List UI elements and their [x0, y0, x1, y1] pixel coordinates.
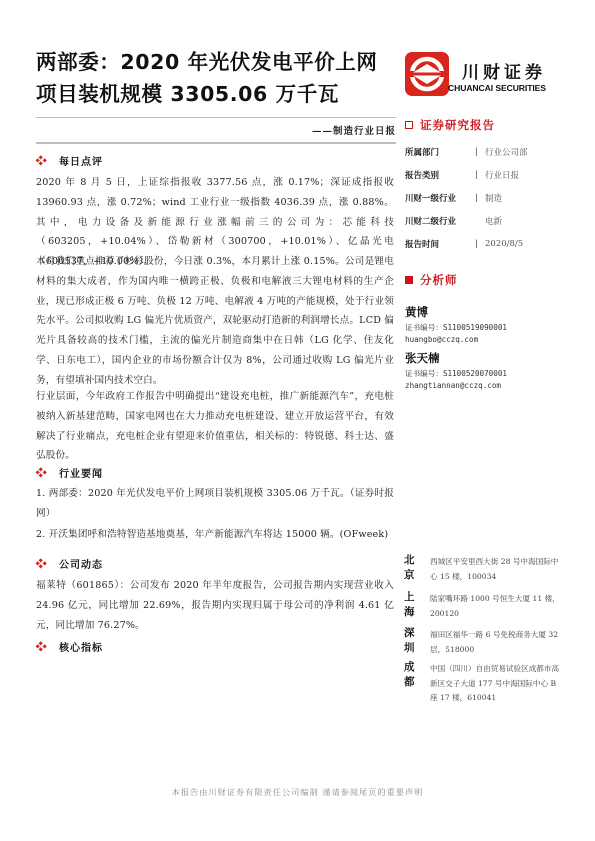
section-heading-daily-review: 每日点评 — [36, 153, 103, 168]
meta-row-industry-level1: 川财一级行业 | 制造 — [405, 186, 528, 209]
office-city: 北京 — [404, 552, 415, 582]
section-heading-label: 行业要闻 — [59, 465, 103, 480]
report-info-heading: 证券研究报告 — [405, 117, 495, 133]
industry-news-item-2: 2. 开沃集团呼和浩特智造基地奠基，年产新能源汽车将达 15000 辆。(OFw… — [36, 525, 394, 545]
analyst-cert: 证书编号：S1100520070001 — [405, 368, 507, 380]
section-heading-company-news: 公司动态 — [36, 556, 103, 571]
meta-value: 行业日报 — [485, 169, 519, 181]
analyst-email[interactable]: zhangtiannan@cczq.com — [405, 380, 507, 392]
diamond-bullet-icon — [36, 559, 46, 569]
report-info-heading-label: 证券研究报告 — [420, 117, 495, 133]
company-news-paragraph: 福莱特（601865）：公司发布 2020 年半年度报告，公司报告期内实现营业收… — [36, 576, 394, 635]
meta-row-report-date: 报告时间 | 2020/8/5 — [405, 232, 528, 255]
report-title-line-1: 两部委：2020 年光伏发电平价上网 — [36, 46, 396, 78]
section-heading-label: 核心指标 — [59, 639, 103, 654]
report-title: 两部委：2020 年光伏发电平价上网 项目装机规模 3305.06 万千瓦 — [36, 46, 396, 110]
square-bullet-icon — [405, 121, 413, 129]
industry-news-item-1: 1. 两部委：2020 年光伏发电平价上网项目装机规模 3305.06 万千瓦。… — [36, 484, 394, 524]
meta-separator: | — [475, 239, 485, 249]
office-address-text: 陆家嘴环路 1000 号恒生大厦 11 楼，200120 — [430, 592, 560, 621]
report-meta-table: 所属部门 | 行业公司部 报告类别 | 行业日报 川财一级行业 | 制造 川财二… — [405, 140, 528, 255]
meta-key: 报告类别 — [405, 169, 475, 181]
office-address-text: 西城区平安里西大街 28 号中海国际中心 15 楼，100034 — [430, 555, 560, 584]
title-divider — [36, 117, 396, 118]
page-footer-disclaimer: 本报告由川财证券有限责任公司编制 谨请参阅尾页的重要声明 — [0, 787, 595, 798]
section-heading-label: 每日点评 — [59, 153, 103, 168]
analyst-name: 黄博 — [405, 304, 507, 320]
meta-value: 行业公司部 — [485, 146, 528, 158]
daily-review-paragraph-2: 本月我们重点推荐了杉杉股份，今日涨 0.3%，本月累计上涨 0.15%。公司是锂… — [36, 252, 394, 391]
meta-separator: | — [475, 193, 485, 203]
brand-name-cn: 川财证券 — [462, 58, 546, 83]
office-address-text: 福田区福华一路 6 号免税商务大厦 32 层，518000 — [430, 628, 560, 657]
subtitle-divider — [36, 142, 396, 144]
office-city: 深圳 — [404, 625, 415, 655]
meta-key: 报告时间 — [405, 238, 475, 250]
meta-row-report-type: 报告类别 | 行业日报 — [405, 163, 528, 186]
report-subtitle: ——制造行业日报 — [312, 123, 396, 137]
office-address-text: 中国（四川）自由贸易试验区成都市高新区交子大道 177 号中海国际中心 B 座 … — [430, 662, 560, 706]
chuancai-logo-icon — [405, 52, 449, 96]
diamond-bullet-icon — [36, 468, 46, 478]
analyst-card: 张天楠 证书编号：S1100520070001 zhangtiannan@ccz… — [405, 350, 507, 392]
meta-key: 所属部门 — [405, 146, 475, 158]
meta-key: 川财一级行业 — [405, 192, 475, 204]
diamond-bullet-icon — [36, 642, 46, 652]
analyst-name: 张天楠 — [405, 350, 507, 366]
analyst-heading: 分析师 — [405, 272, 458, 288]
analyst-heading-label: 分析师 — [420, 272, 458, 288]
section-heading-industry-news: 行业要闻 — [36, 465, 103, 480]
analyst-email[interactable]: huangbo@cczq.com — [405, 334, 507, 346]
meta-value: 制造 — [485, 192, 502, 204]
meta-value: 2020/8/5 — [485, 239, 523, 249]
square-bullet-icon — [405, 276, 413, 284]
office-city: 成都 — [404, 659, 415, 689]
meta-value: 电新 — [485, 215, 502, 227]
section-heading-label: 公司动态 — [59, 556, 103, 571]
daily-review-paragraph-3: 行业层面，今年政府工作报告中明确提出“建设充电桩，推广新能源汽车”，充电桩被纳入… — [36, 387, 394, 466]
meta-separator: | — [475, 170, 485, 180]
section-heading-core-metrics: 核心指标 — [36, 639, 103, 654]
report-title-line-2: 项目装机规模 3305.06 万千瓦 — [36, 78, 396, 110]
meta-key: 川财二级行业 — [405, 215, 475, 227]
diamond-bullet-icon — [36, 156, 46, 166]
meta-separator: | — [475, 147, 485, 157]
analyst-card: 黄博 证书编号：S1100519090001 huangbo@cczq.com — [405, 304, 507, 346]
brand-name-en: CHUANCAI SECURITIES — [448, 83, 546, 93]
meta-row-department: 所属部门 | 行业公司部 — [405, 140, 528, 163]
meta-row-industry-level2: 川财二级行业 电新 — [405, 209, 528, 232]
office-city: 上海 — [404, 589, 415, 619]
analyst-cert: 证书编号：S1100519090001 — [405, 322, 507, 334]
